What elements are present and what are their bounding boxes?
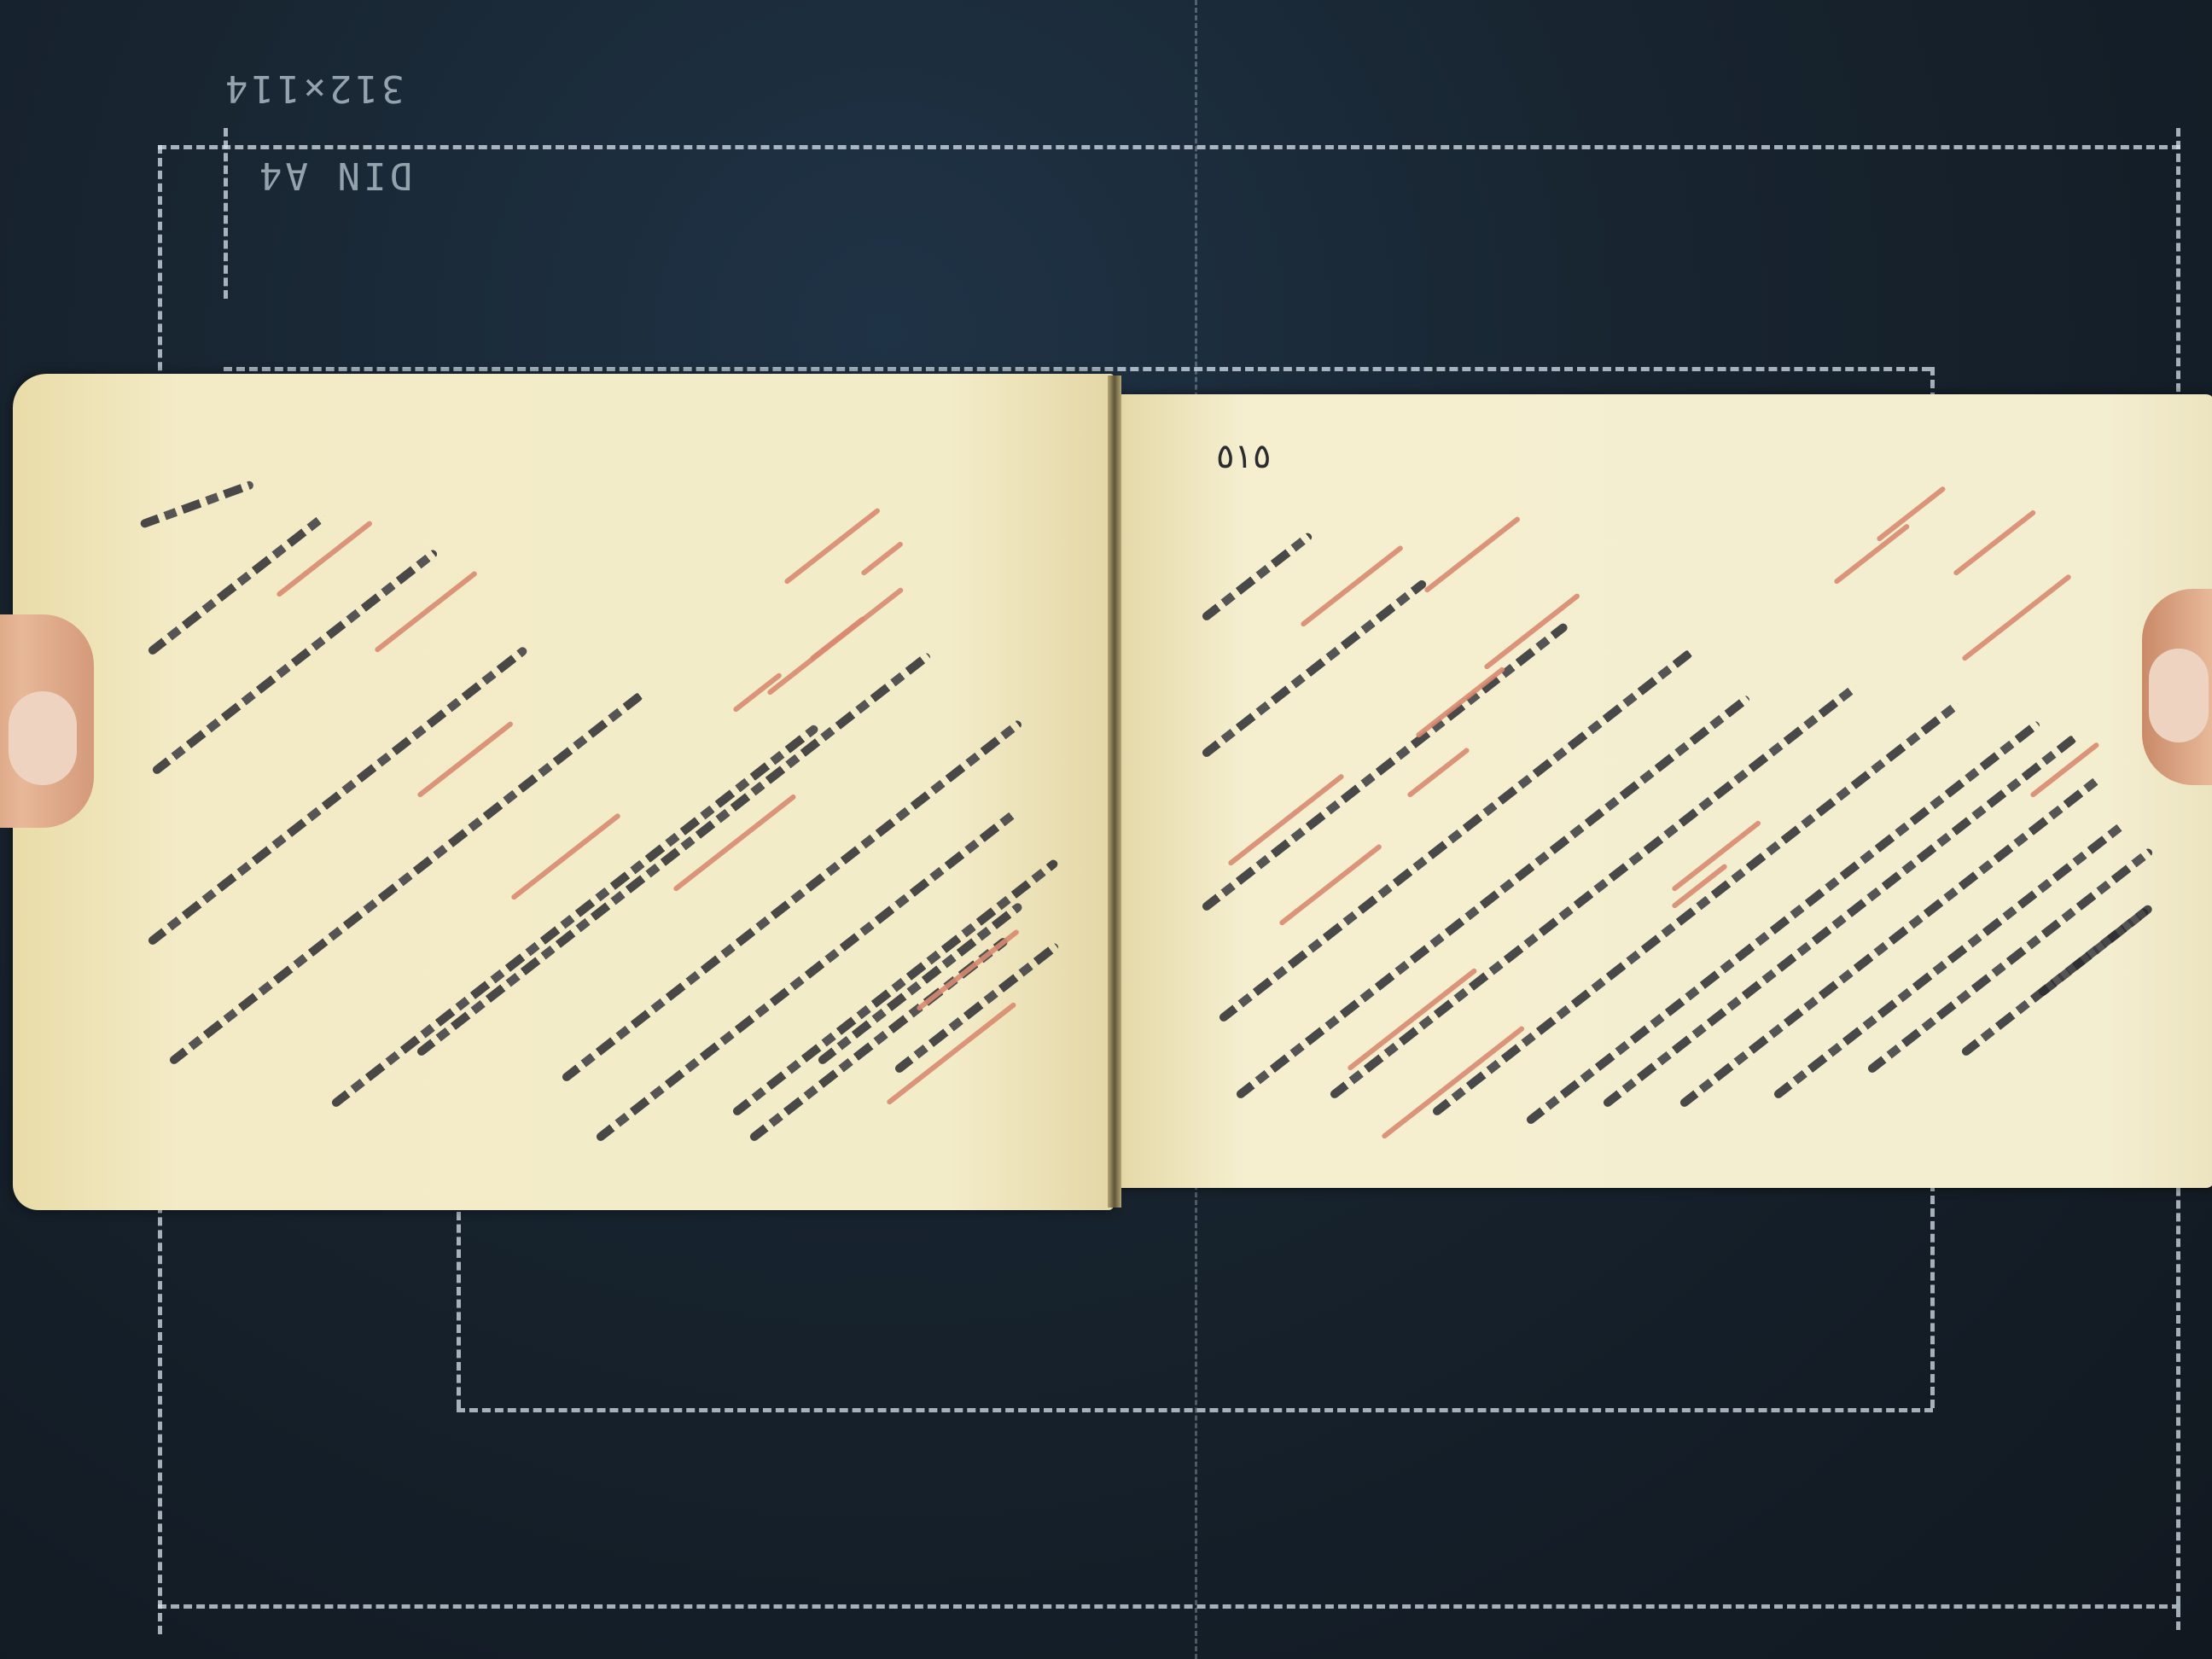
- mat-line-left-inner: [224, 128, 228, 299]
- mat-line-inner-left: [457, 1212, 461, 1408]
- left-page: [13, 374, 1114, 1210]
- mat-line-inner-top: [224, 367, 1930, 371]
- right-thumbnail: [2149, 649, 2209, 742]
- mat-line-bottom: [158, 1604, 2180, 1609]
- mat-size-label: 312×114: [222, 67, 404, 110]
- right-thumb: [2142, 589, 2212, 785]
- left-thumbnail: [9, 691, 77, 785]
- left-thumb: [0, 614, 94, 828]
- mat-line-top: [158, 145, 2180, 149]
- book-gutter: [1108, 375, 1121, 1208]
- folio-number: ٥١٥: [1216, 437, 1271, 476]
- mat-format-label: DIN A4: [256, 154, 412, 197]
